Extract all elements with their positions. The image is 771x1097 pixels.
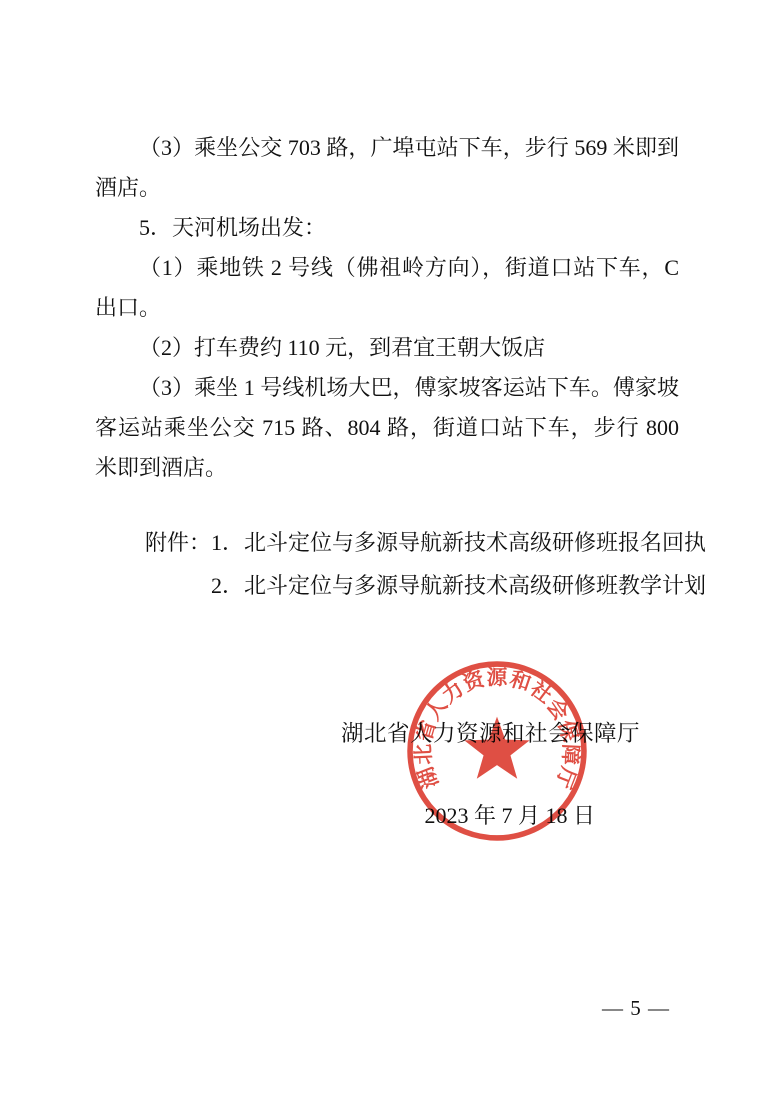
document-page: （3）乘坐公交 703 路，广埠屯站下车，步行 569 米即到酒店。 5．天河机… bbox=[0, 0, 771, 1097]
attachments-label: 附件： bbox=[145, 521, 211, 564]
body-paragraph: （3）乘坐公交 703 路，广埠屯站下车，步行 569 米即到酒店。 bbox=[95, 128, 679, 208]
attachments-list: 1．北斗定位与多源导航新技术高级研修班报名回执 2．北斗定位与多源导航新技术高级… bbox=[211, 521, 706, 607]
body-paragraph: （3）乘坐 1 号线机场大巴，傅家坡客运站下车。傅家坡客运站乘坐公交 715 路… bbox=[95, 368, 679, 488]
body-paragraph: （2）打车费约 110 元，到君宜王朝大饭店 bbox=[95, 328, 679, 368]
body-text: （3）乘坐公交 703 路，广埠屯站下车，步行 569 米即到酒店。 5．天河机… bbox=[95, 128, 679, 488]
attachment-item: 2．北斗定位与多源导航新技术高级研修班教学计划 bbox=[211, 564, 706, 607]
body-paragraph: （1）乘地铁 2 号线（佛祖岭方向），街道口站下车，C出口。 bbox=[95, 248, 679, 328]
page-number: — 5 — bbox=[602, 996, 670, 1021]
attachments-block: 附件： 1．北斗定位与多源导航新技术高级研修班报名回执 2．北斗定位与多源导航新… bbox=[145, 521, 679, 607]
issue-date: 2023 年 7 月 18 日 bbox=[0, 799, 771, 830]
attachment-item: 1．北斗定位与多源导航新技术高级研修班报名回执 bbox=[211, 521, 706, 564]
body-paragraph: 5．天河机场出发： bbox=[95, 208, 679, 248]
issuing-authority: 湖北省人力资源和社会保障厅 bbox=[0, 716, 771, 748]
